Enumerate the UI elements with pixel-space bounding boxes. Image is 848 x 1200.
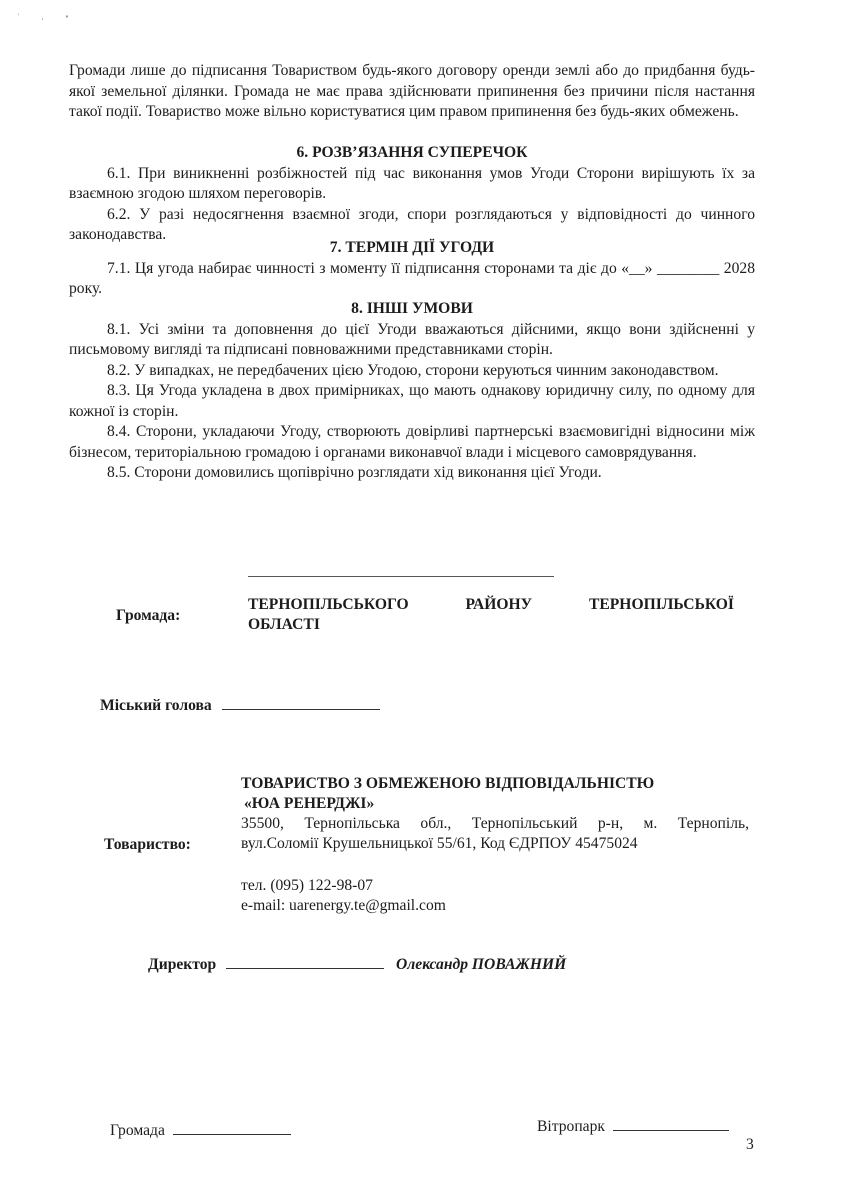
director-signature-row: Директор Олександр ПОВАЖНИЙ: [148, 954, 566, 974]
section-6: 6. РОЗВ’ЯЗАННЯ СУПЕРЕЧОК 6.1. При виникн…: [69, 143, 755, 246]
mayor-signature-row: Міський голова: [100, 695, 380, 715]
community-label: Громада:: [116, 607, 180, 625]
section-title: 7. ТЕРМІН ДІЇ УГОДИ: [69, 238, 755, 259]
intro-continuation: Громади лише до підписання Товариством б…: [69, 61, 755, 123]
community-name-part: ТЕРНОПІЛЬСЬКОЇ: [589, 596, 734, 613]
company-name-line2: «ЮА РЕНЕРДЖІ»: [241, 794, 749, 814]
clause-8-3: 8.3. Ця Угода укладена в двох примірника…: [69, 381, 755, 422]
section-7: 7. ТЕРМІН ДІЇ УГОДИ 7.1. Ця угода набира…: [69, 238, 755, 300]
clause-8-5: 8.5. Сторони домовились щопіврічно розгл…: [69, 463, 755, 484]
community-name-line2: ОБЛАСТІ: [248, 615, 734, 635]
footer-community-sign: Громада: [110, 1120, 291, 1140]
mayor-label: Міський голова: [100, 697, 212, 714]
community-name-blank-line: [248, 576, 554, 577]
company-details: ТОВАРИСТВО З ОБМЕЖЕНОЮ ВІДПОВІДАЛЬНІСТЮ …: [241, 774, 749, 916]
footer-windpark-label: Вітропарк: [537, 1118, 605, 1135]
scan-artifacts: ' , ▪: [18, 12, 78, 21]
section-title: 6. РОЗВ’ЯЗАННЯ СУПЕРЕЧОК: [69, 143, 755, 164]
company-name-line1: ТОВАРИСТВО З ОБМЕЖЕНОЮ ВІДПОВІДАЛЬНІСТЮ: [241, 774, 749, 794]
clause-8-1: 8.1. Усі зміни та доповнення до цієї Уго…: [69, 320, 755, 361]
section-8: 8. ІНШІ УМОВИ 8.1. Усі зміни та доповнен…: [69, 299, 755, 484]
intro-paragraph-block: Громади лише до підписання Товариством б…: [69, 61, 755, 123]
section-title: 8. ІНШІ УМОВИ: [69, 299, 755, 320]
company-label: Товариство:: [104, 836, 191, 854]
footer-community-blank: [173, 1120, 291, 1135]
community-name-part: ТЕРНОПІЛЬСЬКОГО: [248, 596, 409, 613]
footer-windpark-blank: [613, 1116, 729, 1131]
document-page: ' , ▪ Громади лише до підписання Товарис…: [0, 0, 848, 1200]
clause-8-4: 8.4. Сторони, укладаючи Угоду, створюють…: [69, 422, 755, 463]
footer-windpark-sign: Вітропарк: [537, 1116, 729, 1136]
company-email: e-mail: uarenergy.te@gmail.com: [241, 896, 749, 916]
community-name-part: РАЙОНУ: [465, 596, 532, 613]
page-number: 3: [746, 1136, 754, 1154]
clause-6-1: 6.1. При виникненні розбіжностей під час…: [69, 164, 755, 205]
company-phone: тел. (095) 122-98-07: [241, 876, 749, 896]
clause-7-1: 7.1. Ця угода набирає чинності з моменту…: [69, 259, 755, 300]
mayor-signature-blank: [222, 695, 380, 710]
clause-8-2: 8.2. У випадках, не передбачених цією Уг…: [69, 361, 755, 382]
community-name-line1: ТЕРНОПІЛЬСЬКОГО РАЙОНУ ТЕРНОПІЛЬСЬКОЇ: [248, 595, 734, 615]
company-address-line1: 35500, Тернопільська обл., Тернопільськи…: [241, 814, 749, 834]
director-label: Директор: [148, 956, 216, 973]
director-name: Олександр ПОВАЖНИЙ: [396, 956, 566, 973]
company-address-line2: вул.Соломії Крушельницької 55/61, Код ЄД…: [241, 834, 749, 854]
footer-community-label: Громада: [110, 1122, 165, 1139]
director-signature-blank: [226, 954, 384, 969]
community-name: ТЕРНОПІЛЬСЬКОГО РАЙОНУ ТЕРНОПІЛЬСЬКОЇ ОБ…: [248, 595, 734, 635]
